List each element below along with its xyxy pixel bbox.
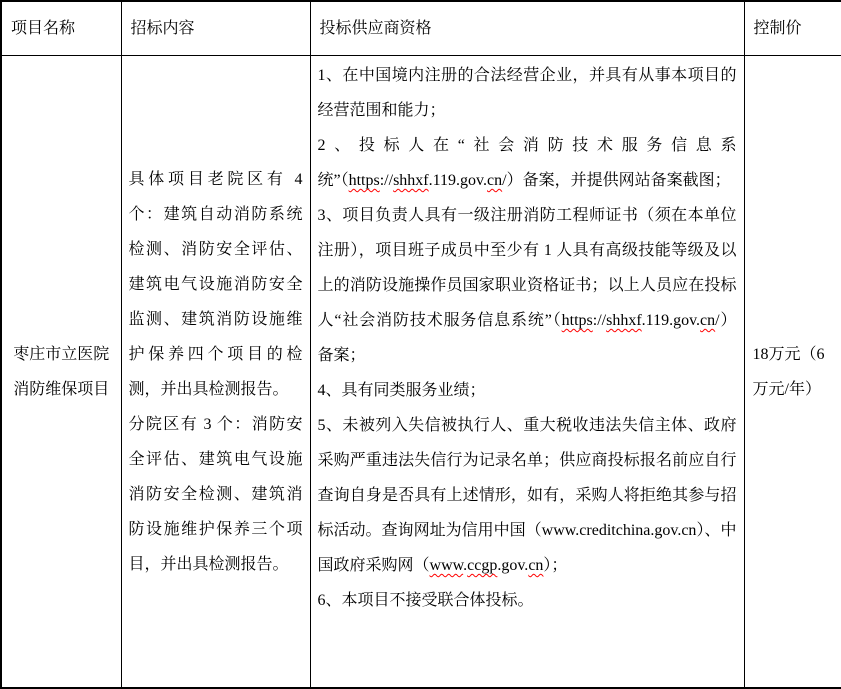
header-project-name: 项目名称 xyxy=(1,1,121,56)
paragraph: 1、在中国境内注册的合法经营企业，并具有从事本项目的经营范围和能力； xyxy=(318,58,737,128)
control-price-text: 18万元（6万元/年） xyxy=(753,337,834,407)
paragraph: 2、投标人在“社会消防技术服务信息系统”（https://shhxf.119.g… xyxy=(318,128,737,198)
text-segment: :// xyxy=(380,172,393,189)
table-header-row: 项目名称 招标内容 投标供应商资格 控制价 xyxy=(1,1,841,56)
url-text: https://shhxf.119.gov.cn/ xyxy=(349,172,507,189)
text-segment: / xyxy=(502,172,506,189)
qualifications-text: 1、在中国境内注册的合法经营企业，并具有从事本项目的经营范围和能力；2、投标人在… xyxy=(318,58,737,618)
url-text: https://shhxf.119.gov.cn/ xyxy=(562,312,720,329)
paragraph: 5、未被列入失信被执行人、重大税收违法失信主体、政府采购严重违法失信行为记录名单… xyxy=(318,408,737,583)
text-segment: .gov. xyxy=(497,557,528,574)
text-segment: :// xyxy=(593,312,606,329)
cell-project-name: 枣庄市立医院消防维保项目 xyxy=(1,56,121,689)
spellcheck-wavy-underline: https xyxy=(349,172,380,189)
text-segment: .119.gov. xyxy=(642,312,700,329)
header-supplier-qualifications: 投标供应商资格 xyxy=(310,1,744,56)
spellcheck-wavy-underline: https xyxy=(562,312,593,329)
spellcheck-wavy-underline: shhxf xyxy=(606,312,642,329)
url-text: www.creditchina.gov.cn xyxy=(542,522,697,539)
table-row: 枣庄市立医院消防维保项目 具体项目老院区有 4 个：建筑自动消防系统检测、消防安… xyxy=(1,56,841,689)
spellcheck-wavy-underline: cn xyxy=(487,172,502,189)
paragraph: 分院区有 3 个：消防安全评估、建筑电气设施消防安全检测、建筑消防设施维护保养三… xyxy=(129,407,303,582)
bid-content-text: 具体项目老院区有 4 个：建筑自动消防系统检测、消防安全评估、建筑电气设施消防安… xyxy=(129,162,303,582)
spellcheck-wavy-underline: cn xyxy=(528,557,543,574)
text-segment: www.creditchina.gov.cn xyxy=(542,522,697,539)
header-bid-content: 招标内容 xyxy=(121,1,310,56)
project-name-text: 枣庄市立医院消防维保项目 xyxy=(9,337,114,407)
paragraph: 4、具有同类服务业绩； xyxy=(318,373,737,408)
spellcheck-wavy-underline: www xyxy=(430,557,464,574)
spellcheck-wavy-underline: cn xyxy=(700,312,715,329)
spellcheck-wavy-underline: ccgp xyxy=(467,557,497,574)
procurement-table: 项目名称 招标内容 投标供应商资格 控制价 枣庄市立医院消防维保项目 具体项目老… xyxy=(0,0,841,689)
paragraph: 3、项目负责人具有一级注册消防工程师证书（须在本单位注册），项目班子成员中至少有… xyxy=(318,198,737,373)
text-segment: / xyxy=(715,312,719,329)
url-text: www.ccgp.gov.cn xyxy=(430,557,544,574)
spellcheck-wavy-underline: shhxf xyxy=(393,172,429,189)
paragraph: 6、本项目不接受联合体投标。 xyxy=(318,583,737,618)
cell-bid-content: 具体项目老院区有 4 个：建筑自动消防系统检测、消防安全评估、建筑电气设施消防安… xyxy=(121,56,310,689)
text-segment: .119.gov. xyxy=(429,172,487,189)
header-control-price: 控制价 xyxy=(744,1,841,56)
cell-control-price: 18万元（6万元/年） xyxy=(744,56,841,689)
paragraph: 具体项目老院区有 4 个：建筑自动消防系统检测、消防安全评估、建筑电气设施消防安… xyxy=(129,162,303,407)
cell-supplier-qualifications: 1、在中国境内注册的合法经营企业，并具有从事本项目的经营范围和能力；2、投标人在… xyxy=(310,56,744,689)
